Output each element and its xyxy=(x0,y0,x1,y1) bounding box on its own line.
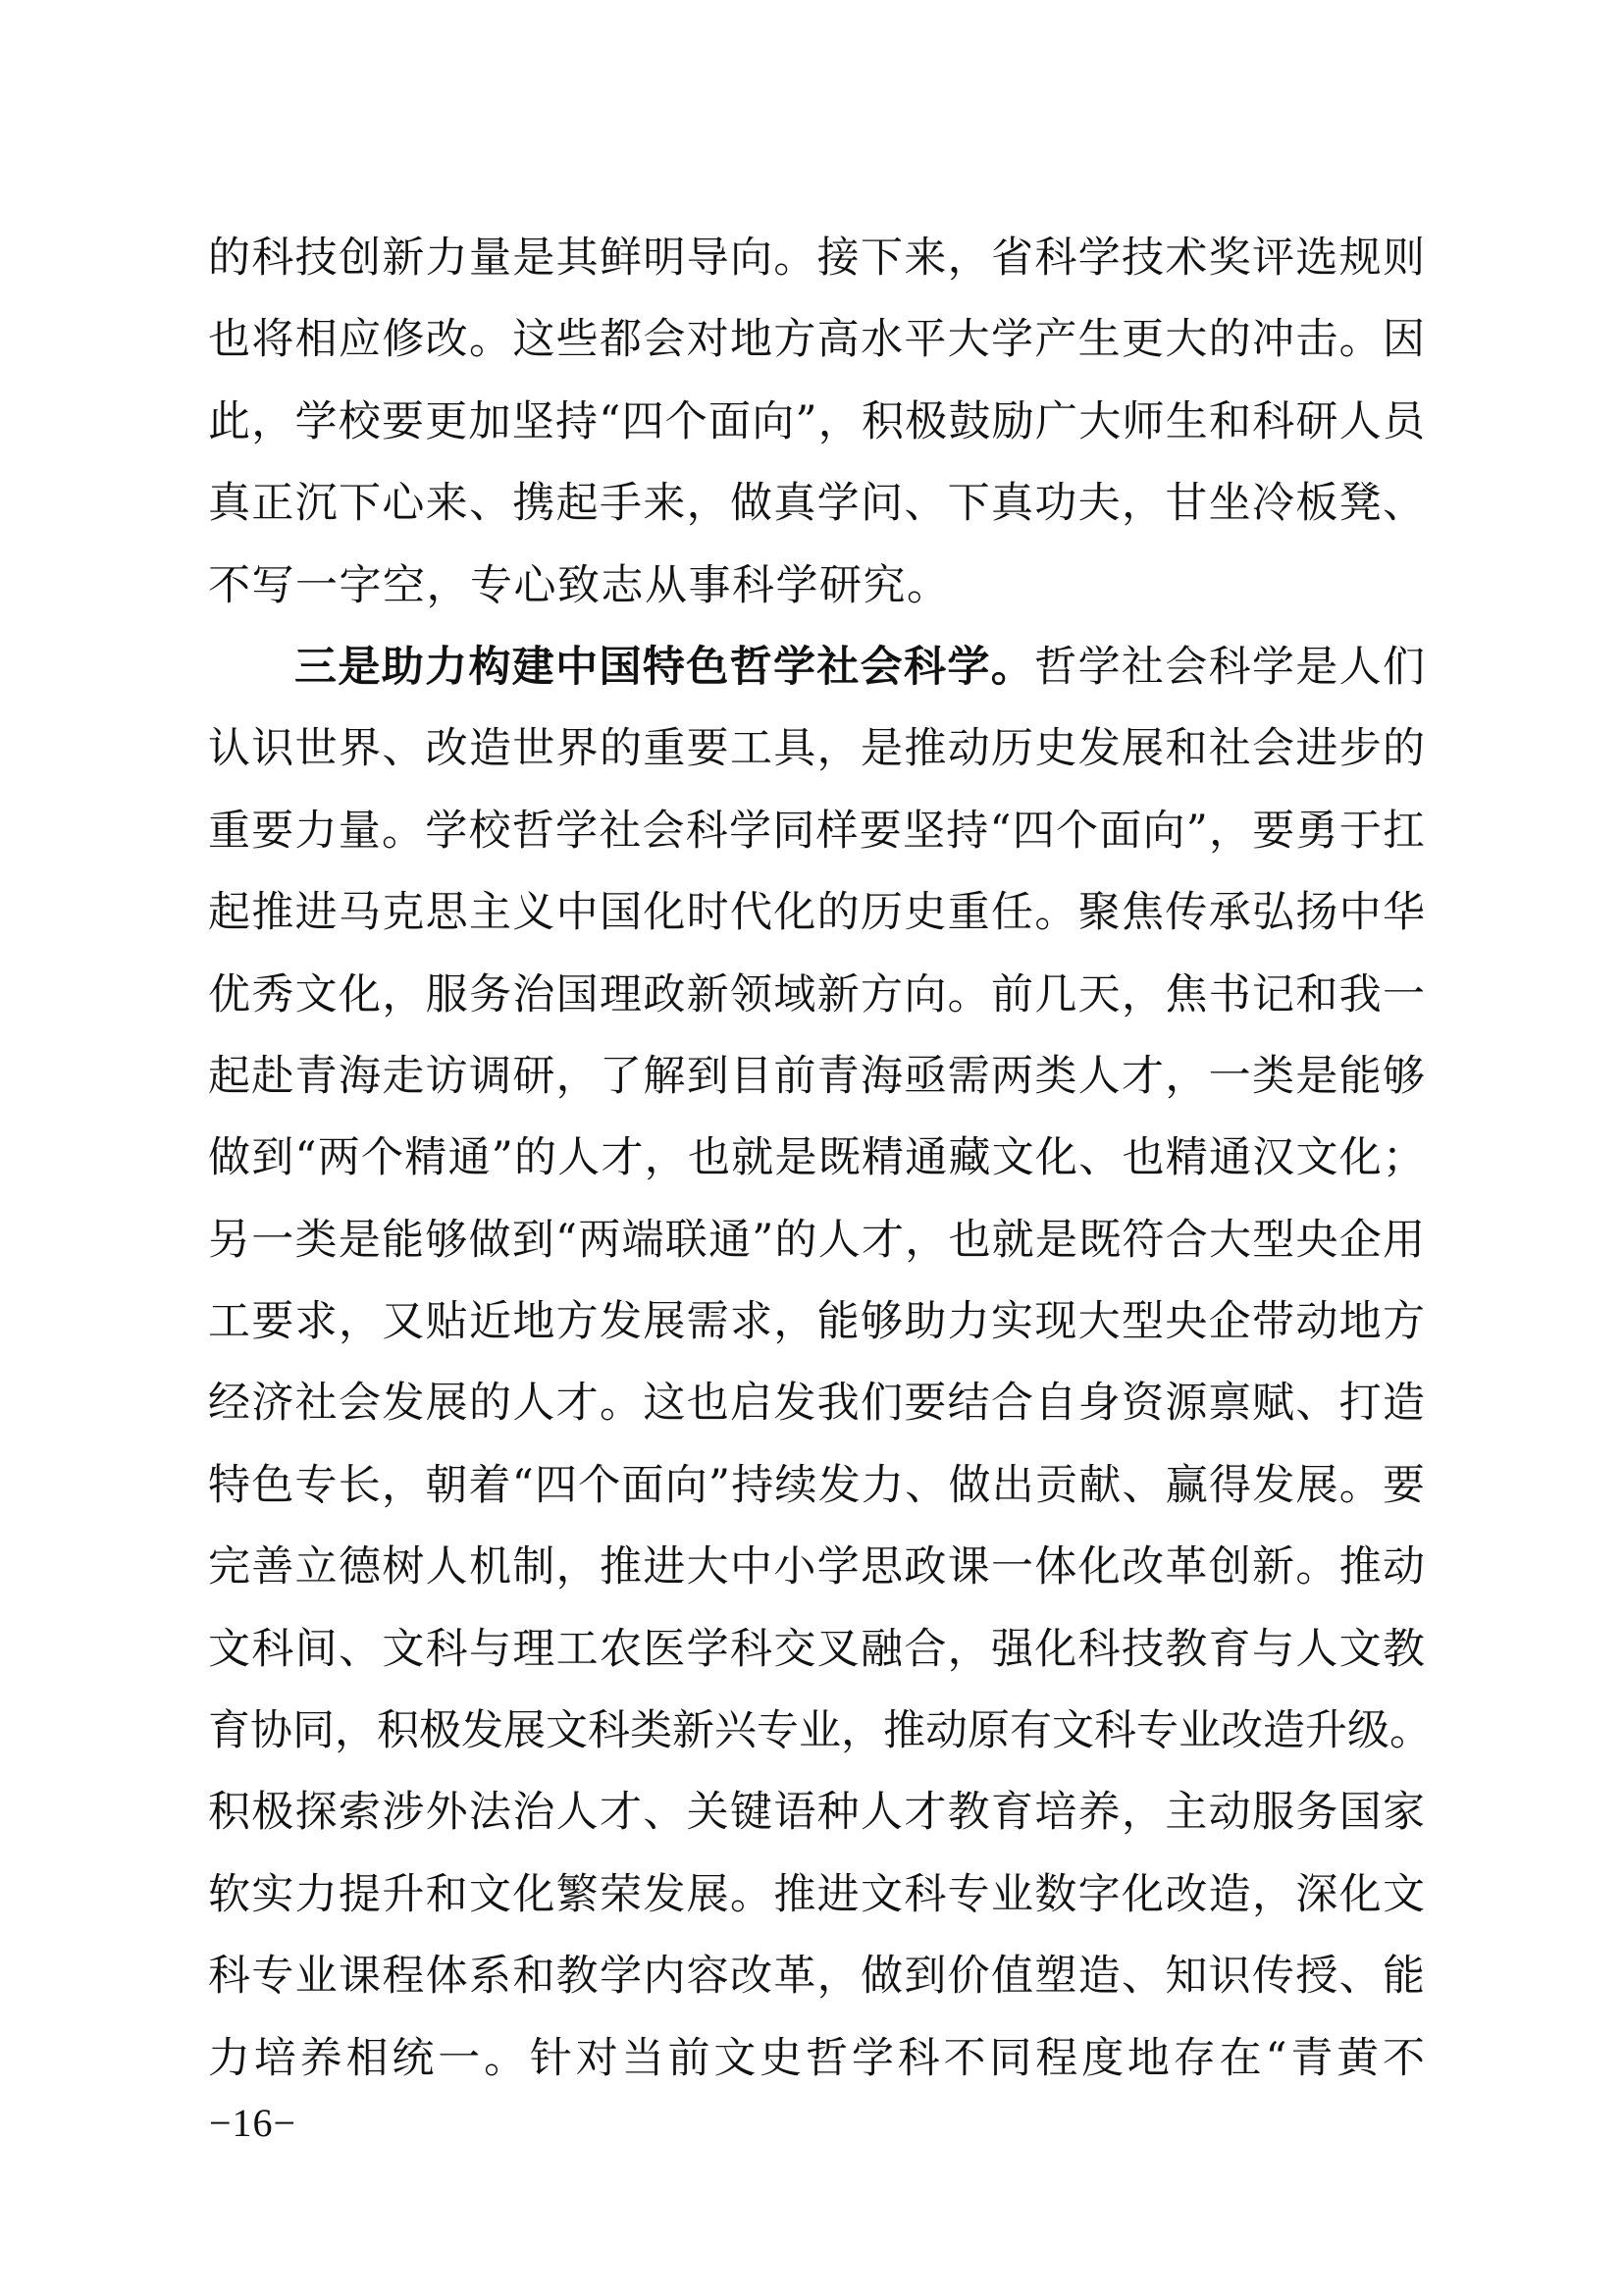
text-line: 育协同，积极发展文科类新兴专业，推动原有文科专业改造升级。 xyxy=(208,1691,1425,1772)
text-line: 也将相应修改。这些都会对地方高水平大学产生更大的冲击。因 xyxy=(208,299,1425,381)
text-line: 软实力提升和文化繁荣发展。推进文科专业数字化改造，深化文 xyxy=(208,1854,1425,1936)
text-line: 工要求，又贴近地方发展需求，能够助力实现大型央企带动地方 xyxy=(208,1281,1425,1363)
text-line: 经济社会发展的人才。这也启发我们要结合自身资源禀赋、打造 xyxy=(208,1363,1425,1444)
paragraph-1: 的科技创新力量是其鲜明导向。接下来，省科学技术奖评选规则 也将相应修改。这些都会… xyxy=(208,218,1425,627)
text-line: 重要力量。学校哲学社会科学同样要坚持“四个面向”，要勇于扛 xyxy=(208,791,1425,872)
text-line: 积极探索涉外法治人才、关键语种人才教育培养，主动服务国家 xyxy=(208,1772,1425,1853)
text-line: 的科技创新力量是其鲜明导向。接下来，省科学技术奖评选规则 xyxy=(208,218,1425,299)
text-line: 起推进马克思主义中国化时代化的历史重任。聚焦传承弘扬中华 xyxy=(208,872,1425,954)
document-page: 的科技创新力量是其鲜明导向。接下来，省科学技术奖评选规则 也将相应修改。这些都会… xyxy=(0,0,1624,2296)
text-line: 不写一字空，专心致志从事科学研究。 xyxy=(208,546,1425,627)
page-number: −16− xyxy=(209,2100,296,2146)
text-line: 特色专长，朝着“四个面向”持续发力、做出贡献、赢得发展。要 xyxy=(208,1445,1425,1527)
paragraph-2: 三是助力构建中国特色哲学社会科学。哲学社会科学是人们 认识世界、改造世界的重要工… xyxy=(208,627,1425,2100)
heading-continuation: 哲学社会科学是人们 xyxy=(1034,643,1425,692)
text-line: 此，学校要更加坚持“四个面向”，积极鼓励广大师生和科研人员 xyxy=(208,382,1425,463)
text-line: 起赴青海走访调研，了解到目前青海亟需两类人才，一类是能够 xyxy=(208,1036,1425,1118)
section-heading: 三是助力构建中国特色哲学社会科学。 xyxy=(294,643,1034,692)
body-text: 的科技创新力量是其鲜明导向。接下来，省科学技术奖评选规则 也将相应修改。这些都会… xyxy=(208,218,1425,2100)
text-line: 力培养相统一。针对当前文史哲学科不同程度地存在“青黄不 xyxy=(208,2018,1425,2100)
text-line: 做到“两个精通”的人才，也就是既精通藏文化、也精通汉文化； xyxy=(208,1118,1425,1199)
text-line: 文科间、文科与理工农医学科交叉融合，强化科技教育与人文教 xyxy=(208,1609,1425,1691)
text-line: 完善立德树人机制，推进大中小学思政课一体化改革创新。推动 xyxy=(208,1527,1425,1608)
text-line: 优秀文化，服务治国理政新领域新方向。前几天，焦书记和我一 xyxy=(208,955,1425,1036)
text-line: 真正沉下心来、携起手来，做真学问、下真功夫，甘坐冷板凳、 xyxy=(208,463,1425,545)
text-line: 认识世界、改造世界的重要工具，是推动历史发展和社会进步的 xyxy=(208,708,1425,790)
text-line: 另一类是能够做到“两端联通”的人才，也就是既符合大型央企用 xyxy=(208,1200,1425,1281)
text-line-first: 三是助力构建中国特色哲学社会科学。哲学社会科学是人们 xyxy=(208,627,1425,708)
text-line: 科专业课程体系和教学内容改革，做到价值塑造、知识传授、能 xyxy=(208,1936,1425,2017)
